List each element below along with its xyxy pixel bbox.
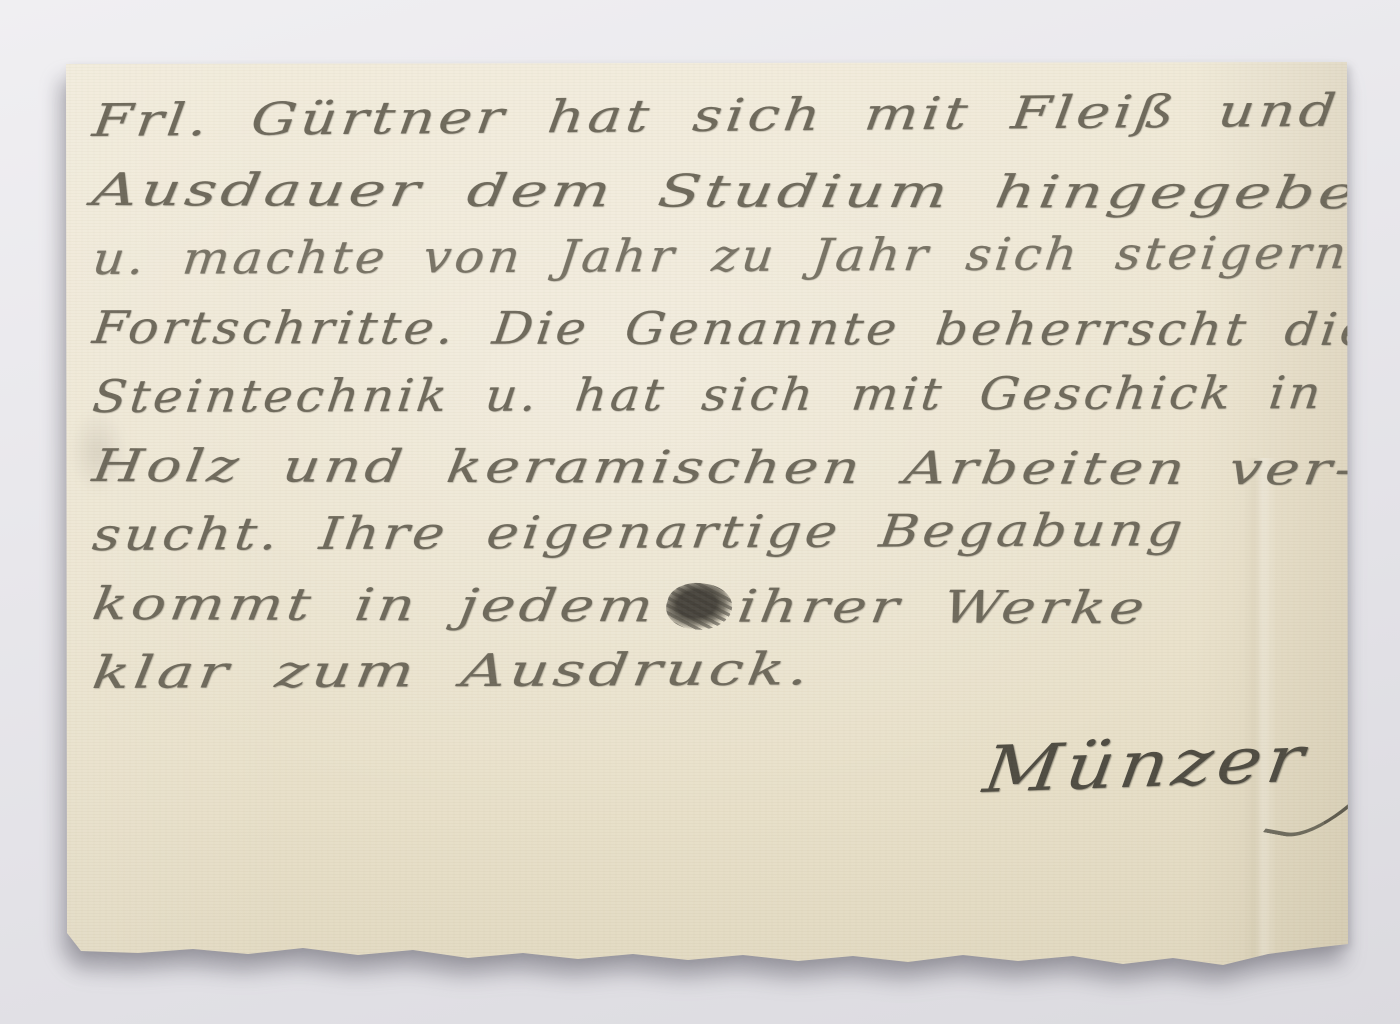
handwritten-line: u. machte von Jahr zu Jahr sich steigern… — [89, 217, 1400, 293]
paper-shadow: Frl. Gürtner hat sich mit Fleiß und Ausd… — [0, 0, 1400, 1024]
handwritten-line: Ausdauer dem Studium hingegeben — [88, 155, 1400, 228]
handwritten-line: Steintechnik u. hat sich mit Geschick in — [89, 358, 1400, 431]
handwritten-line: klar zum Ausdruck. — [88, 629, 1400, 707]
scribbled-out-word — [661, 580, 740, 632]
handwritten-line: Frl. Gürtner hat sich mit Fleiß und — [89, 73, 1400, 155]
handwritten-line: Fortschritte. Die Genannte beherrscht di… — [89, 293, 1400, 364]
handwritten-text: Frl. Gürtner hat sich mit Fleiß und Ausd… — [93, 86, 1337, 707]
signature: Münzer — [973, 720, 1379, 854]
handwritten-line: sucht. Ihre eigenartige Begabung — [89, 493, 1400, 569]
photo-background: Frl. Gürtner hat sich mit Fleiß und Ausd… — [0, 0, 1400, 1024]
handwritten-line: Holz und keramischen Arbeiten ver- — [88, 431, 1400, 504]
handwritten-line-segment: kommt in jedem — [89, 577, 660, 632]
note-paper: Frl. Gürtner hat sich mit Fleiß und Ausd… — [63, 58, 1348, 968]
handwritten-line-segment: ihrer Werke — [735, 580, 1152, 635]
